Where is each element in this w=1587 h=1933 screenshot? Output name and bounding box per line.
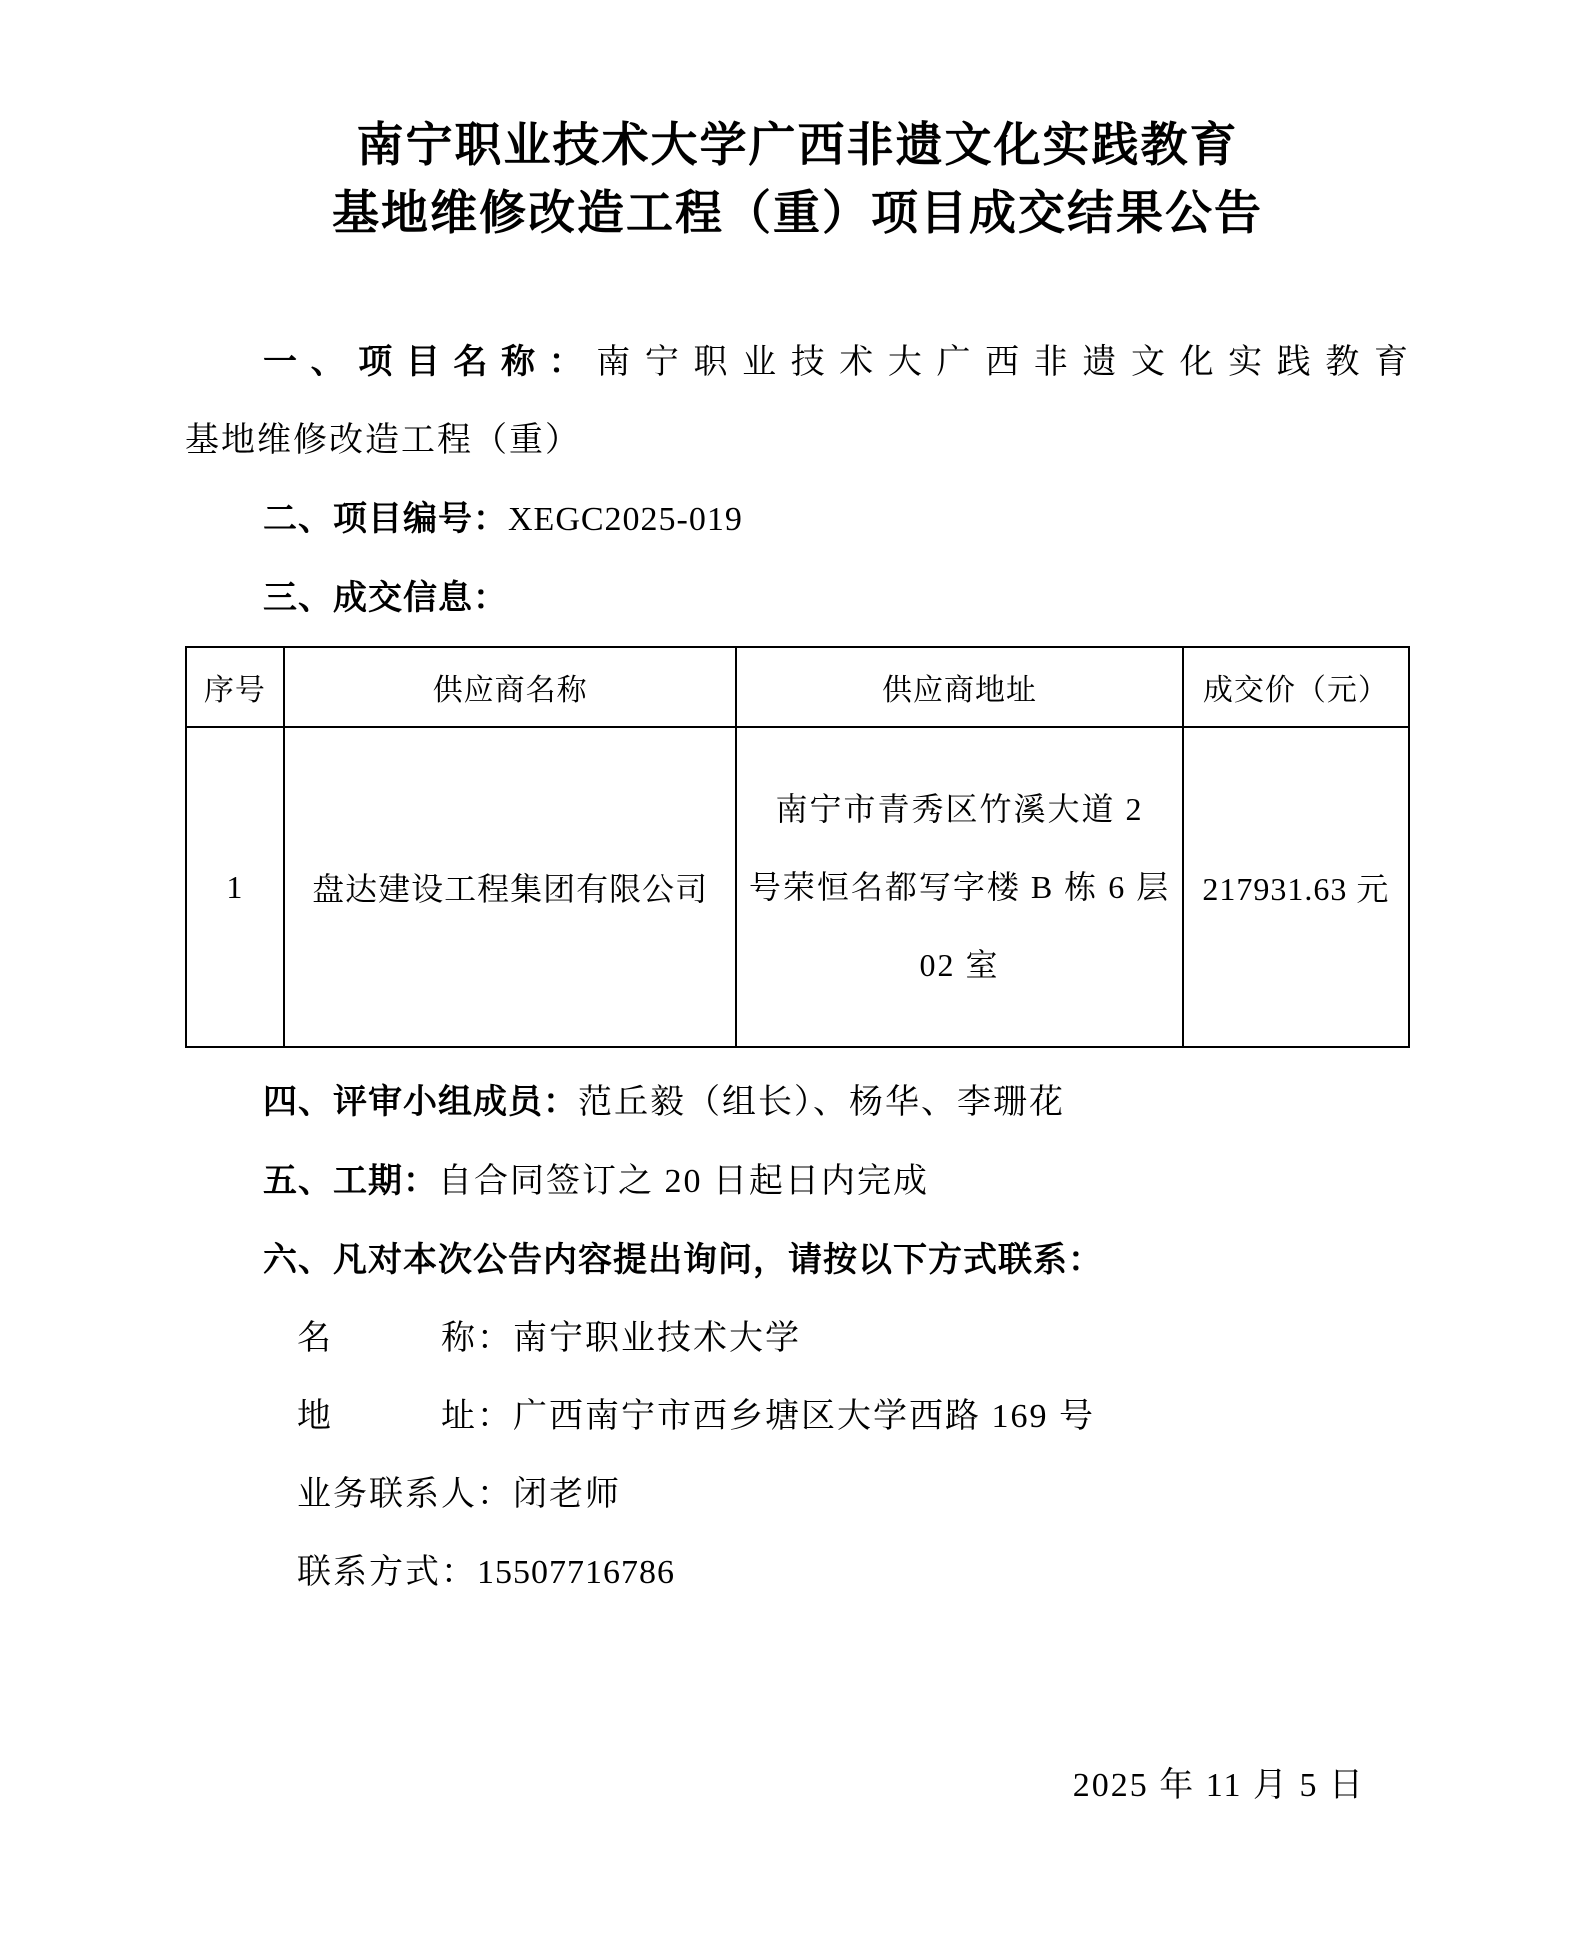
contact-person-label: 业务联系人： xyxy=(297,1476,513,1513)
cell-serial: 1 xyxy=(186,727,284,1047)
table-row: 1 盘达建设工程集团有限公司 南宁市青秀区竹溪大道 2 号荣恒名都写字楼 B 栋… xyxy=(186,727,1409,1047)
item6-label: 六、凡对本次公告内容提出询问，请按以下方式联系： xyxy=(263,1241,1103,1279)
item4-label: 四、评审小组成员： xyxy=(263,1083,578,1121)
item5-label: 五、工期： xyxy=(263,1162,438,1200)
item1-project-name-line1: 一、项目名称：南宁职业技术大广西非遗文化实践教育 xyxy=(185,323,1410,402)
item6-inquiry-heading: 六、凡对本次公告内容提出询问，请按以下方式联系： xyxy=(185,1221,1410,1300)
item2-label: 二、项目编号： xyxy=(263,500,508,538)
address-line-3: 02 室 xyxy=(743,926,1175,1004)
contact-phone-label: 联系方式： xyxy=(297,1554,477,1591)
header-cell-price: 成交价（元） xyxy=(1183,647,1409,727)
item2-value: XEGC2025-019 xyxy=(508,501,743,538)
item4-review-panel: 四、评审小组成员：范丘毅（组长）、杨华、李珊花 xyxy=(185,1063,1410,1142)
contact-address-label: 地 址： xyxy=(297,1398,513,1435)
announcement-document: 南宁职业技术大学广西非遗文化实践教育 基地维修改造工程（重）项目成交结果公告 一… xyxy=(0,0,1587,1933)
item3-deal-info-heading: 三、成交信息： xyxy=(185,559,1410,638)
contact-phone-line: 联系方式：15507716786 xyxy=(185,1534,1410,1612)
header-cell-supplier-address: 供应商地址 xyxy=(736,647,1182,727)
item2-project-number: 二、项目编号：XEGC2025-019 xyxy=(185,480,1410,559)
item4-value: 范丘毅（组长）、杨华、李珊花 xyxy=(578,1084,1065,1121)
contact-person-value: 闭老师 xyxy=(513,1476,621,1513)
announcement-date: 2025 年 11 月 5 日 xyxy=(185,1747,1410,1825)
table-header-row: 序号 供应商名称 供应商地址 成交价（元） xyxy=(186,647,1409,727)
contact-phone-value: 15507716786 xyxy=(477,1554,675,1591)
header-cell-supplier-name: 供应商名称 xyxy=(284,647,737,727)
title-line-2: 基地维修改造工程（重）项目成交结果公告 xyxy=(185,180,1410,248)
item1-value-line2: 基地维修改造工程（重） xyxy=(185,422,581,459)
cell-supplier-address: 南宁市青秀区竹溪大道 2 号荣恒名都写字楼 B 栋 6 层 02 室 xyxy=(736,727,1182,1047)
contact-name-value: 南宁职业技术大学 xyxy=(513,1320,801,1357)
item1-project-name-line2: 基地维修改造工程（重） xyxy=(185,402,1410,480)
title-line-1: 南宁职业技术大学广西非遗文化实践教育 xyxy=(185,112,1410,180)
cell-price: 217931.63 元 xyxy=(1183,727,1409,1047)
document-body: 一、项目名称：南宁职业技术大广西非遗文化实践教育 基地维修改造工程（重） 二、项… xyxy=(185,323,1410,1825)
contact-address-line: 地 址：广西南宁市西乡塘区大学西路 169 号 xyxy=(185,1378,1410,1456)
deal-info-table: 序号 供应商名称 供应商地址 成交价（元） 1 盘达建设工程集团有限公司 南宁市… xyxy=(185,646,1410,1048)
contact-person-line: 业务联系人：闭老师 xyxy=(185,1456,1410,1534)
item1-label: 一、项目名称： xyxy=(263,343,596,381)
item1-value-line1: 南宁职业技术大广西非遗文化实践教育 xyxy=(596,344,1410,381)
contact-address-value: 广西南宁市西乡塘区大学西路 169 号 xyxy=(513,1398,1095,1435)
address-line-2: 号荣恒名都写字楼 B 栋 6 层 xyxy=(743,848,1175,926)
contact-name-label: 名 称： xyxy=(297,1320,513,1357)
item5-value: 自合同签订之 20 日起日内完成 xyxy=(438,1163,929,1200)
address-line-1: 南宁市青秀区竹溪大道 2 xyxy=(743,770,1175,848)
header-cell-serial: 序号 xyxy=(186,647,284,727)
item3-label: 三、成交信息： xyxy=(263,579,508,617)
document-title: 南宁职业技术大学广西非遗文化实践教育 基地维修改造工程（重）项目成交结果公告 xyxy=(185,112,1410,248)
item5-duration: 五、工期：自合同签订之 20 日起日内完成 xyxy=(185,1142,1410,1221)
contact-name-line: 名 称：南宁职业技术大学 xyxy=(185,1300,1410,1378)
cell-supplier-name: 盘达建设工程集团有限公司 xyxy=(284,727,737,1047)
